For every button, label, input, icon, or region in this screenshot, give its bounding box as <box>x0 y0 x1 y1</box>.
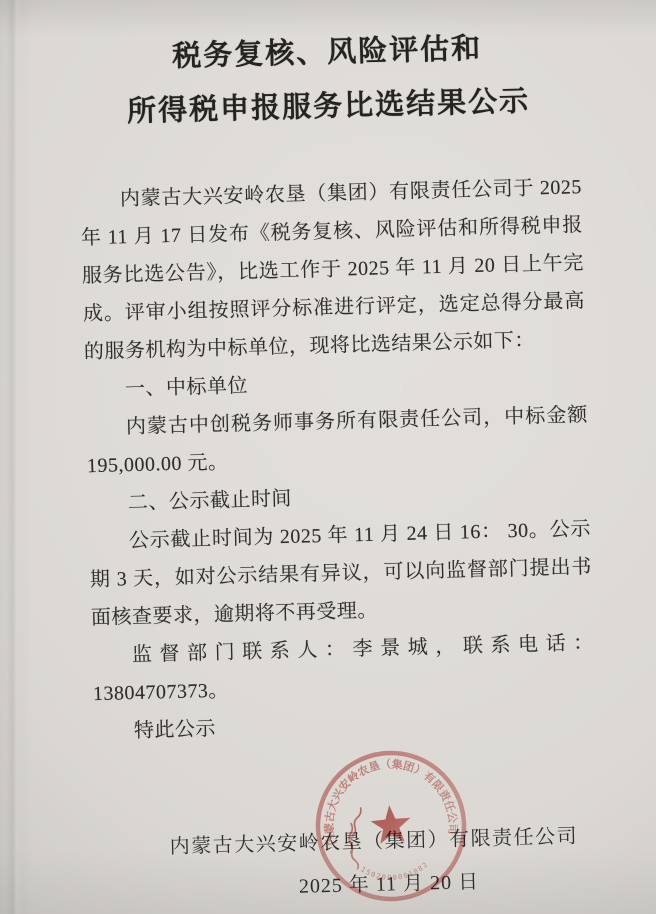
paragraph-contact: 监督部门联系人：李景城，联系电话：13804707373。 <box>91 624 595 713</box>
document-content: 税务复核、风险评估和 所得税申报服务比选结果公示 内蒙古大兴安岭农垦（集团）有限… <box>75 0 600 905</box>
signature-company: 内蒙古大兴安岭农垦（集团）有限责任公司 <box>123 821 626 862</box>
paragraph-deadline: 公示截止时间为 2025 年 11 月 24 日 16： 30。公示期 3 天，… <box>88 510 593 637</box>
document-body: 内蒙古大兴安岭农垦（集团）有限责任公司于 2025 年 11 月 17 日发布《… <box>80 168 597 751</box>
photographed-document-page: 税务复核、风险评估和 所得税申报服务比选结果公示 内蒙古大兴安岭农垦（集团）有限… <box>0 0 656 914</box>
document-title: 税务复核、风险评估和 所得税申报服务比选结果公示 <box>75 0 580 140</box>
signature-block: 内蒙古大兴安岭农垦（集团）有限责任公司 2025 年 11 月 20 日 <box>97 822 601 905</box>
paragraph-winner: 内蒙古中创税务师事务所有限责任公司，中标金额 195,000.00 元。 <box>85 396 589 485</box>
paragraph-intro: 内蒙古大兴安岭农垦（集团）有限责任公司于 2025 年 11 月 17 日发布《… <box>80 168 587 371</box>
paper-crease <box>6 0 22 914</box>
signature-date: 2025 年 11 月 20 日 <box>138 865 641 904</box>
